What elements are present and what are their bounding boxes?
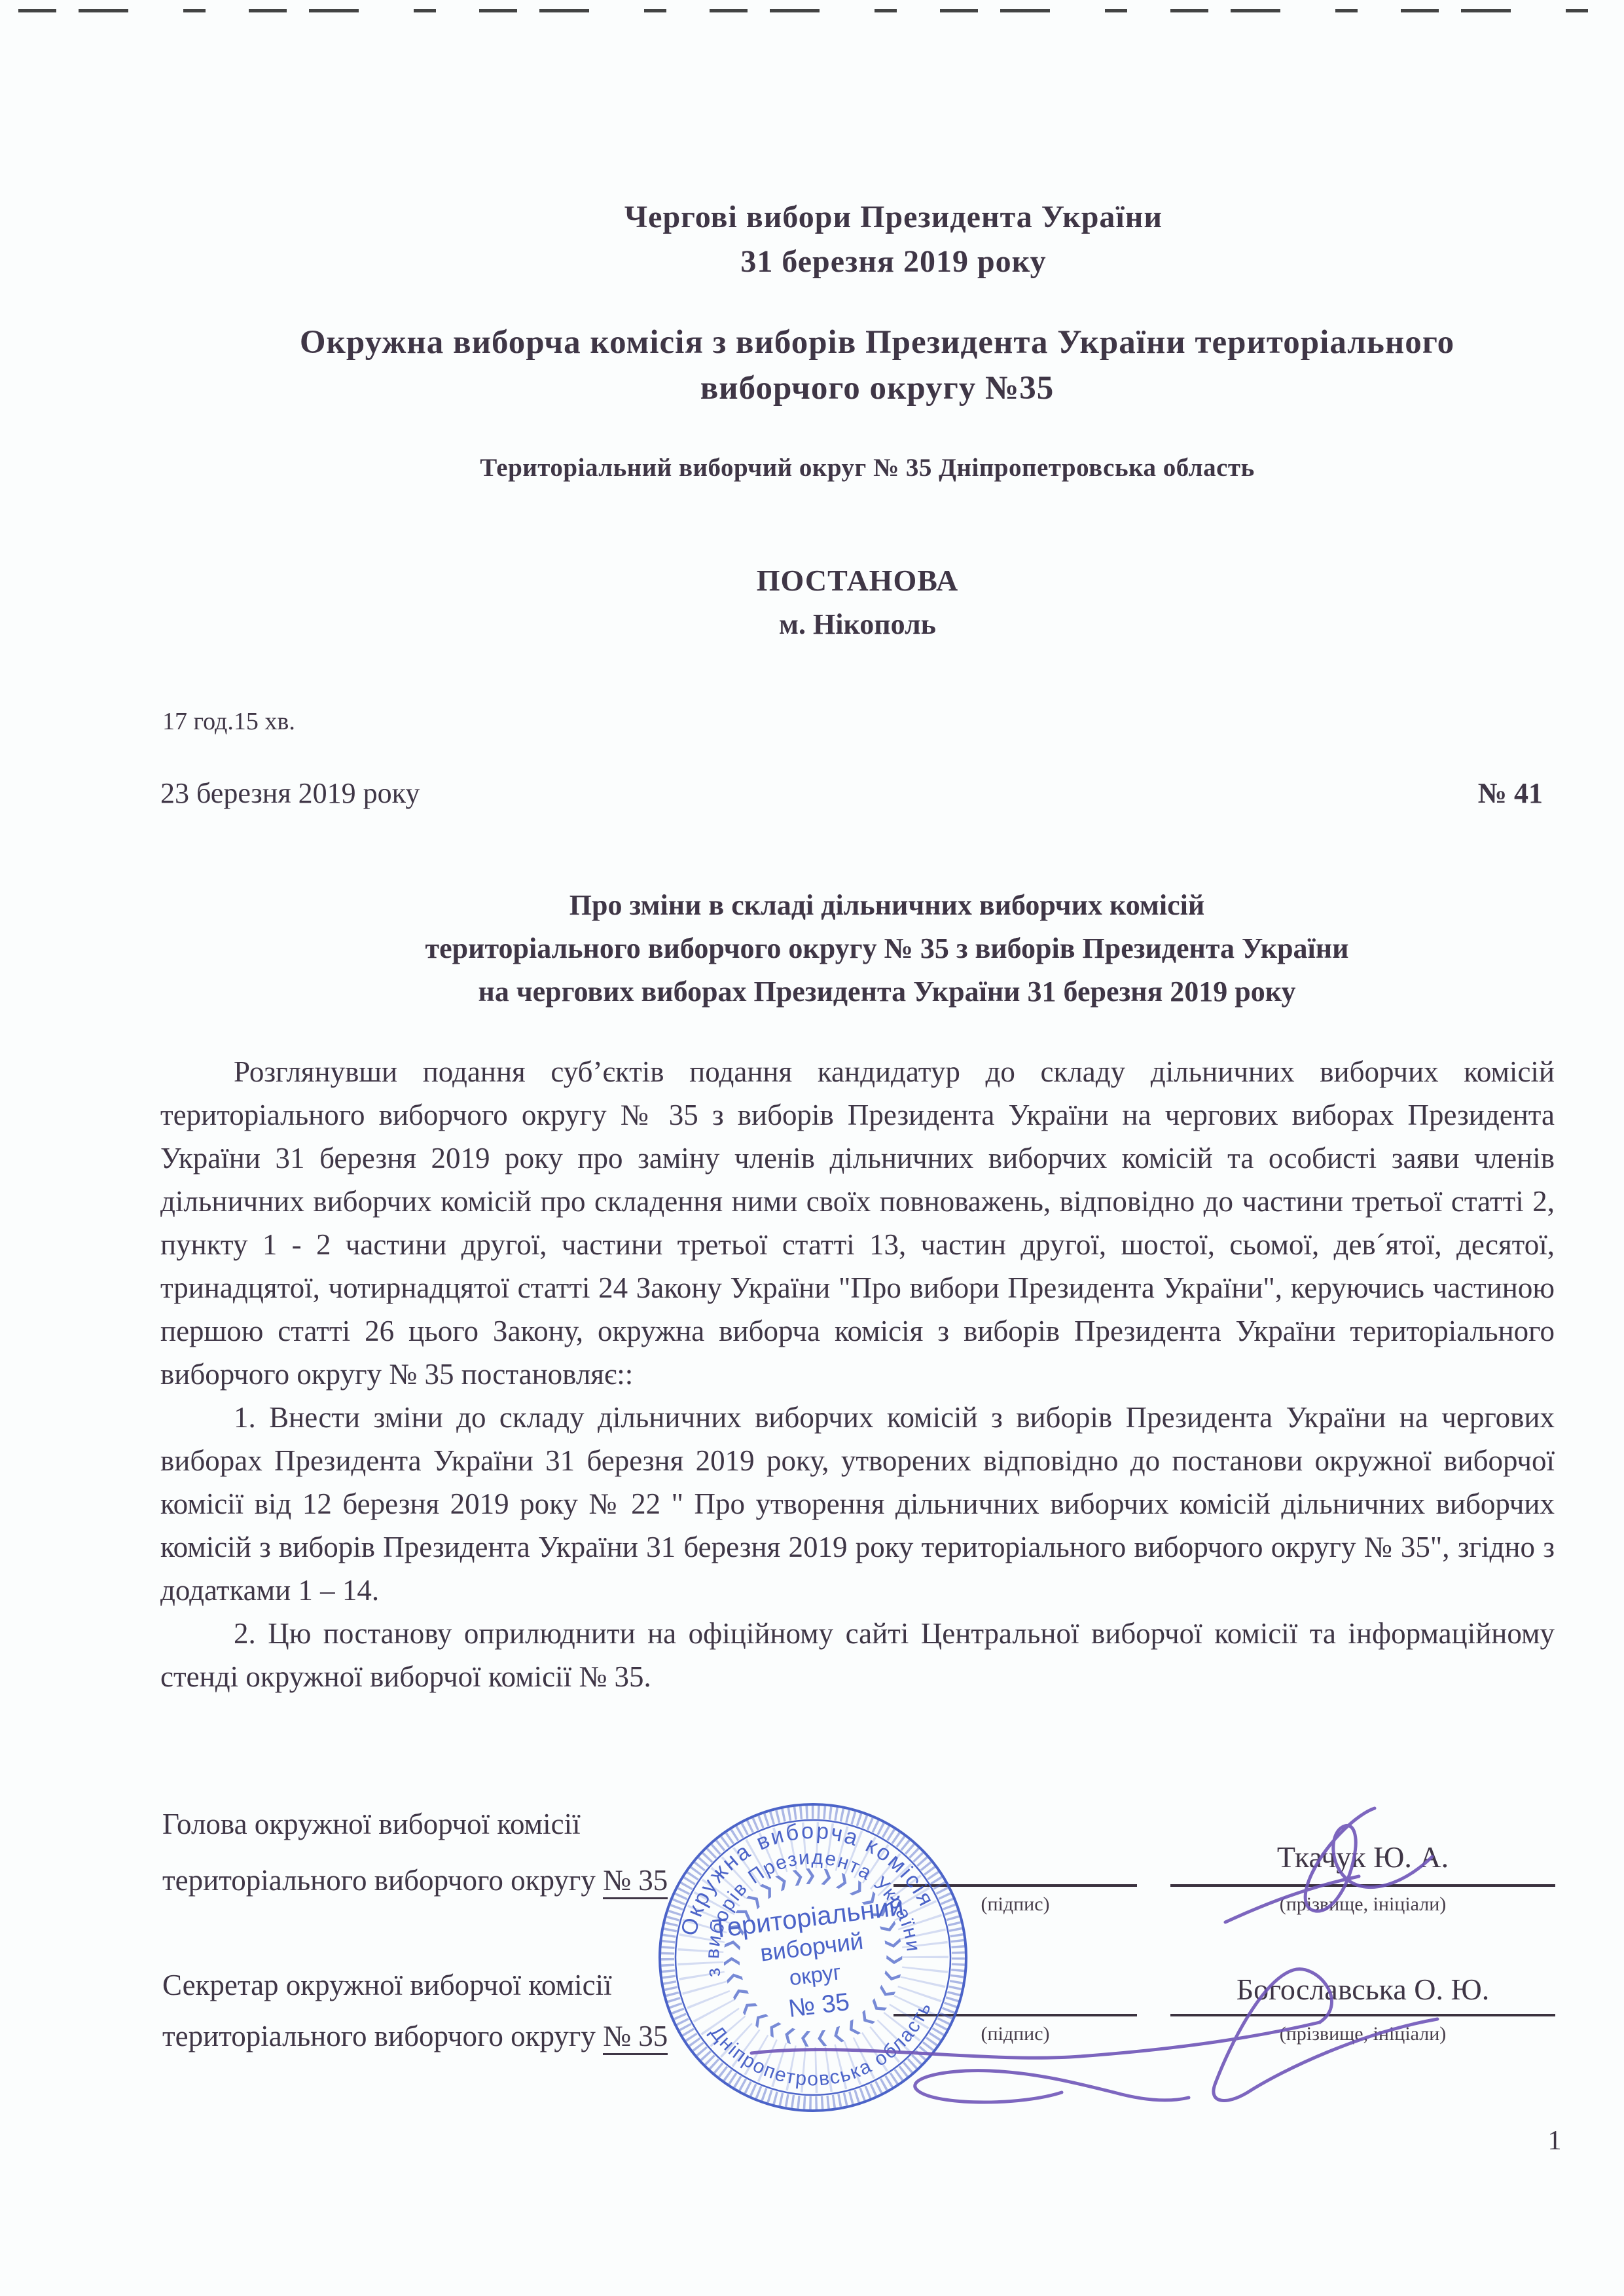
document-number: № 41 xyxy=(1478,776,1555,810)
official-stamp: Окружна виборча комісія з виборів Презид… xyxy=(649,1794,977,2121)
document-city: м. Нікополь xyxy=(160,608,1555,641)
election-title-line2: 31 березня 2019 року xyxy=(196,240,1591,284)
secretary-role-line2-text: територіального виборчого округу xyxy=(162,2020,603,2052)
head-role-line2-text: територіального виборчого округу xyxy=(162,1864,603,1897)
commission-heading-line1: Окружна виборча комісія з виборів Презид… xyxy=(180,319,1574,365)
document-type-title: ПОСТАНОВА xyxy=(160,563,1555,598)
page-number: 1 xyxy=(1532,2125,1578,2157)
head-name: Ткачук Ю. А. xyxy=(1170,1840,1555,1874)
secretary-role-line1: Секретар окружної виборчої комісії xyxy=(162,1968,612,2002)
secretary-role-line2: територіального виборчого округу № 35 xyxy=(162,2019,668,2053)
head-role-line1: Голова окружної виборчої комісії xyxy=(162,1807,581,1841)
commission-heading: Окружна виборча комісія з виборів Презид… xyxy=(180,319,1574,411)
head-name-caption: (прізвище, ініціали) xyxy=(1170,1893,1555,1916)
document-date: 23 березня 2019 року xyxy=(160,776,420,810)
preamble-paragraph: Розглянувши подання суб’єктів подання ка… xyxy=(160,1050,1555,1396)
election-title: Чергові вибори Президента України 31 бер… xyxy=(196,195,1591,284)
resolution-subject-line2: територіального виборчого округу № 35 з … xyxy=(190,927,1584,970)
head-name-line xyxy=(1170,1884,1555,1887)
resolution-item-1: 1. Внести зміни до складу дільничних виб… xyxy=(160,1396,1555,1612)
resolution-subject-line3: на чергових виборах Президента України 3… xyxy=(190,970,1584,1013)
svg-text:№ 35: № 35 xyxy=(787,1988,851,2023)
resolution-body: Розглянувши подання суб’єктів подання ка… xyxy=(160,1050,1555,1698)
resolution-subject: Про зміни в складі дільничних виборчих к… xyxy=(190,884,1584,1013)
scanned-document-page: Чергові вибори Президента України 31 бер… xyxy=(0,0,1624,2296)
resolution-subject-line1: Про зміни в складі дільничних виборчих к… xyxy=(190,884,1584,927)
date-number-row: 23 березня 2019 року № 41 xyxy=(160,776,1555,810)
scan-artifact-line xyxy=(18,9,1605,12)
district-subheading: Територіальний виборчий округ № 35 Дніпр… xyxy=(170,453,1564,483)
secretary-name-caption: (прізвище, ініціали) xyxy=(1170,2023,1555,2045)
svg-text:округ: округ xyxy=(788,1959,842,1990)
election-title-line1: Чергові вибори Президента України xyxy=(196,195,1591,240)
head-role-line2: територіального виборчого округу № 35 xyxy=(162,1863,668,1897)
resolution-item-2: 2. Цю постанову оприлюднити на офіційном… xyxy=(160,1612,1555,1698)
commission-heading-line2: виборчого округу №35 xyxy=(180,365,1574,411)
secretary-name: Богославська О. Ю. xyxy=(1170,1972,1555,2007)
document-time: 17 год.15 хв. xyxy=(162,707,295,736)
secretary-name-line xyxy=(1170,2014,1555,2016)
